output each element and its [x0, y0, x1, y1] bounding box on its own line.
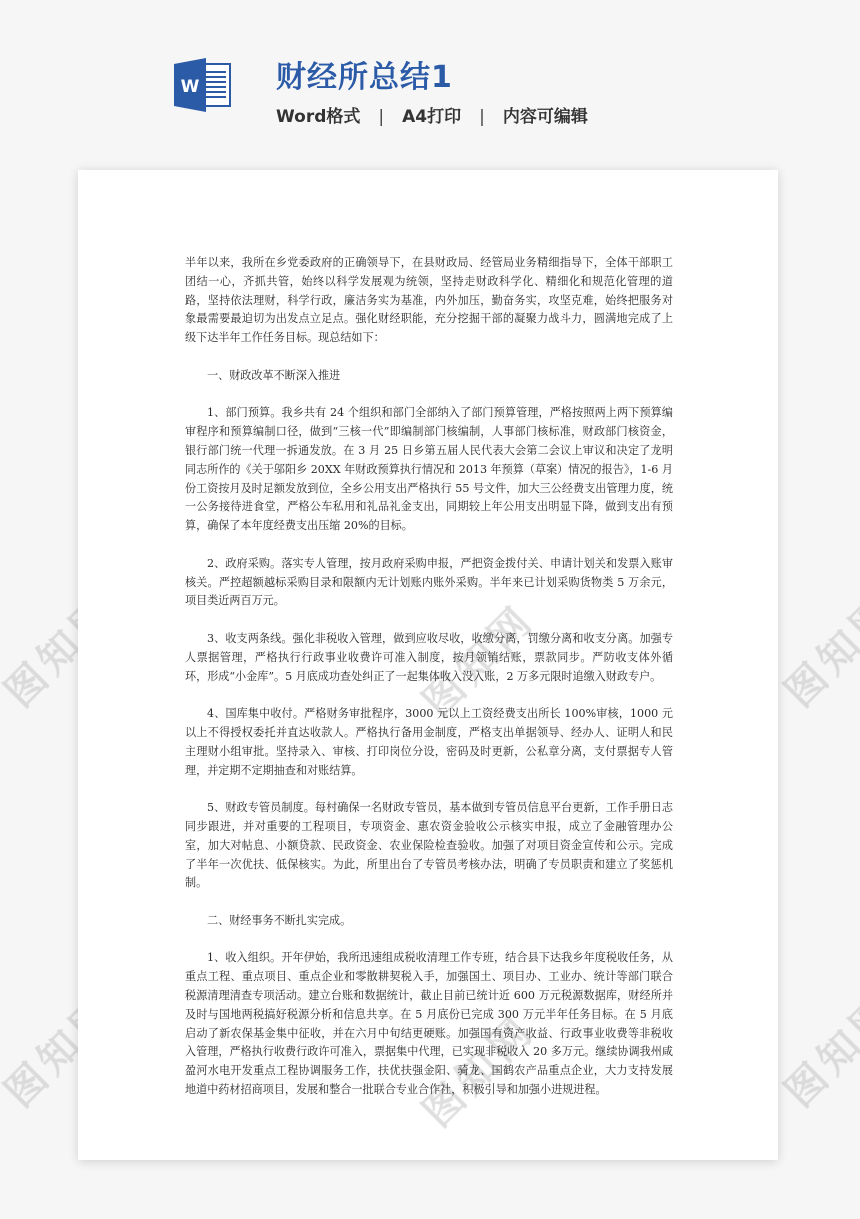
watermark: 图知网	[770, 980, 860, 1118]
tag-a4-print: A4打印	[402, 107, 461, 127]
tag-separator: |	[479, 107, 485, 127]
section-heading-1: 一、财政改革不断深入推进	[185, 367, 673, 386]
paragraph-two-lines: 3、收支两条线。强化非税收入管理，做到应收尽收，收缴分离，罚缴分离和收支分离。加…	[185, 630, 673, 686]
paragraph-revenue-organization: 1、收入组织。开年伊始，我所迅速组成税收清理工作专班，结合县下达我乡年度税收任务…	[185, 949, 673, 1099]
paragraph-treasury: 4、国库集中收付。严格财务审批程序，3000 元以上工资经费支出所长 100%审…	[185, 705, 673, 780]
tag-editable: 内容可编辑	[503, 107, 588, 127]
paragraph-government-procurement: 2、政府采购。落实专人管理，按月政府采购申报，严把资金拨付关、申请计划关和发票入…	[185, 555, 673, 611]
section-heading-2: 二、财经事务不断扎实完成。	[185, 912, 673, 931]
tag-separator: |	[378, 107, 384, 127]
paragraph-intro: 半年以来，我所在乡党委政府的正确领导下，在县财政局、经管局业务精细指导下，全体干…	[185, 254, 673, 348]
document-title: 财经所总结1	[276, 52, 453, 96]
paragraph-finance-officer: 5、财政专管员制度。每村确保一名财政专管员，基本做到专管员信息平台更新，工作手册…	[185, 799, 673, 893]
document-body: 半年以来，我所在乡党委政府的正确领导下，在县财政局、经管局业务精细指导下，全体干…	[185, 254, 673, 1119]
word-document-icon: W	[172, 58, 232, 112]
document-page: 图知网 图知网 半年以来，我所在乡党委政府的正确领导下，在县财政局、经管局业务精…	[78, 170, 778, 1160]
tag-word-format: Word格式	[276, 107, 360, 127]
watermark: 图知网	[770, 580, 860, 718]
document-header: W 财经所总结1 Word格式|A4打印|内容可编辑	[0, 0, 860, 160]
svg-text:W: W	[181, 77, 200, 97]
document-tags: Word格式|A4打印|内容可编辑	[276, 102, 588, 127]
paragraph-department-budget: 1、部门预算。我乡共有 24 个组织和部门全部纳入了部门预算管理，严格按照两上两…	[185, 404, 673, 536]
